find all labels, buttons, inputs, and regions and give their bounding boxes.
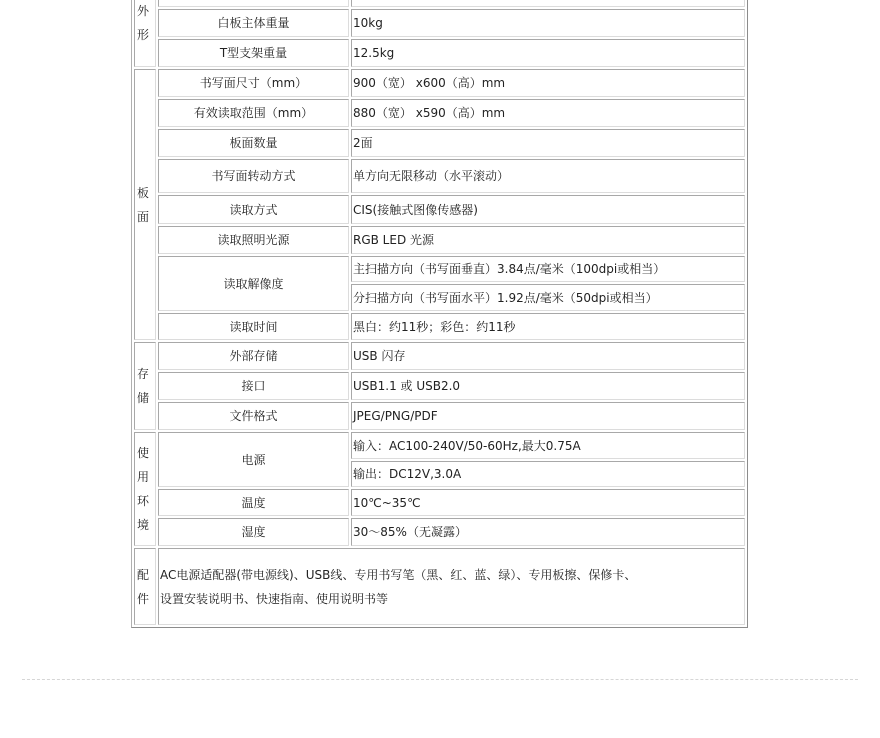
table-row: 读取方式 CIS(接触式图像传感器) [134, 195, 745, 224]
row-value: 30～85%（无凝露） [351, 518, 745, 546]
row-label: 外形尺寸（含重量面积） [158, 0, 349, 7]
row-value: CIS(接触式图像传感器) [351, 195, 745, 224]
category-char: 面 [137, 205, 155, 229]
row-value: 10℃~35℃ [351, 489, 745, 516]
category-cell-storage: 存 储 [134, 342, 156, 430]
table-row: 读取照明光源 RGB LED 光源 [134, 226, 745, 254]
category-char: 外 [137, 0, 155, 23]
category-char: 形 [137, 23, 155, 47]
category-cell-accessories: 配 件 [134, 548, 156, 625]
row-value: 输入：AC100-240V/50-60Hz,最大0.75A [351, 432, 745, 459]
accessories-line: AC电源适配器(带电源线)、USB线、专用书写笔（黑、红、蓝、绿）、专用板擦、保… [160, 563, 744, 587]
row-value: USB1.1 或 USB2.0 [351, 372, 745, 400]
row-label: T型支架重量 [158, 39, 349, 67]
category-char: 储 [137, 386, 155, 410]
row-value: 输出：DC12V,3.0A [351, 461, 745, 487]
table-row: 配 件 AC电源适配器(带电源线)、USB线、专用书写笔（黑、红、蓝、绿）、专用… [134, 548, 745, 625]
category-char: 环 [137, 489, 155, 513]
row-value: 2面 [351, 129, 745, 157]
table-row: 文件格式 JPEG/PNG/PDF [134, 402, 745, 430]
table-row: 读取解像度 主扫描方向（书写面垂直）3.84点/毫米（100dpi或相当） [134, 256, 745, 282]
table-row: 接口 USB1.1 或 USB2.0 [134, 372, 745, 400]
category-cell-environment: 使 用 环 境 [134, 432, 156, 546]
table-row: 温度 10℃~35℃ [134, 489, 745, 516]
row-label: 读取照明光源 [158, 226, 349, 254]
row-value: 12.5kg [351, 39, 745, 67]
row-value: 900（宽） x600（高）mm [351, 69, 745, 97]
table-row: 板 面 书写面尺寸（mm） 900（宽） x600（高）mm [134, 69, 745, 97]
row-label: 外部存储 [158, 342, 349, 370]
table-row: 板面数量 2面 [134, 129, 745, 157]
row-value: 黑白：约11秒；彩色：约11秒 [351, 313, 745, 340]
category-char: 存 [137, 362, 155, 386]
row-label: 板面数量 [158, 129, 349, 157]
table-row: 存 储 外部存储 USB 闪存 [134, 342, 745, 370]
row-label: 读取方式 [158, 195, 349, 224]
row-label: 湿度 [158, 518, 349, 546]
category-char: 用 [137, 465, 155, 489]
table-row: 外 形 外形尺寸（含重量面积） 1000（宽）×1240（高）×2100（深） [134, 0, 745, 7]
row-label: 书写面转动方式 [158, 159, 349, 193]
spec-table: 外 形 外形尺寸（含重量面积） 1000（宽）×1240（高）×2100（深） … [131, 0, 748, 628]
row-value: 10kg [351, 9, 745, 37]
table-row: 书写面转动方式 单方向无限移动（水平滚动） [134, 159, 745, 193]
row-label: 温度 [158, 489, 349, 516]
row-value: USB 闪存 [351, 342, 745, 370]
table-row: 湿度 30～85%（无凝露） [134, 518, 745, 546]
row-label: 有效读取范围（mm） [158, 99, 349, 127]
category-char: 使 [137, 441, 155, 465]
row-label: 白板主体重量 [158, 9, 349, 37]
category-cell-appearance: 外 形 [134, 0, 156, 67]
table-row: 使 用 环 境 电源 输入：AC100-240V/50-60Hz,最大0.75A [134, 432, 745, 459]
category-char: 板 [137, 181, 155, 205]
row-label: 文件格式 [158, 402, 349, 430]
table-row: 读取时间 黑白：约11秒；彩色：约11秒 [134, 313, 745, 340]
row-label: 书写面尺寸（mm） [158, 69, 349, 97]
row-label: 电源 [158, 432, 349, 487]
row-value: JPEG/PNG/PDF [351, 402, 745, 430]
row-label: 接口 [158, 372, 349, 400]
category-char: 境 [137, 513, 155, 537]
table-row: 白板主体重量 10kg [134, 9, 745, 37]
row-value: RGB LED 光源 [351, 226, 745, 254]
category-char: 件 [137, 587, 155, 611]
category-cell-board: 板 面 [134, 69, 156, 340]
row-label: 读取时间 [158, 313, 349, 340]
category-char: 配 [137, 563, 155, 587]
table-row: T型支架重量 12.5kg [134, 39, 745, 67]
row-value: 主扫描方向（书写面垂直）3.84点/毫米（100dpi或相当） [351, 256, 745, 282]
row-value: 分扫描方向（书写面水平）1.92点/毫米（50dpi或相当） [351, 284, 745, 311]
row-value: 1000（宽）×1240（高）×2100（深） [351, 0, 745, 7]
row-value: 单方向无限移动（水平滚动） [351, 159, 745, 193]
dashed-divider [22, 679, 858, 680]
accessories-value: AC电源适配器(带电源线)、USB线、专用书写笔（黑、红、蓝、绿）、专用板擦、保… [158, 548, 745, 625]
accessories-line: 设置安装说明书、快速指南、使用说明书等 [160, 587, 744, 611]
row-value: 880（宽） x590（高）mm [351, 99, 745, 127]
table-row: 有效读取范围（mm） 880（宽） x590（高）mm [134, 99, 745, 127]
row-label: 读取解像度 [158, 256, 349, 311]
